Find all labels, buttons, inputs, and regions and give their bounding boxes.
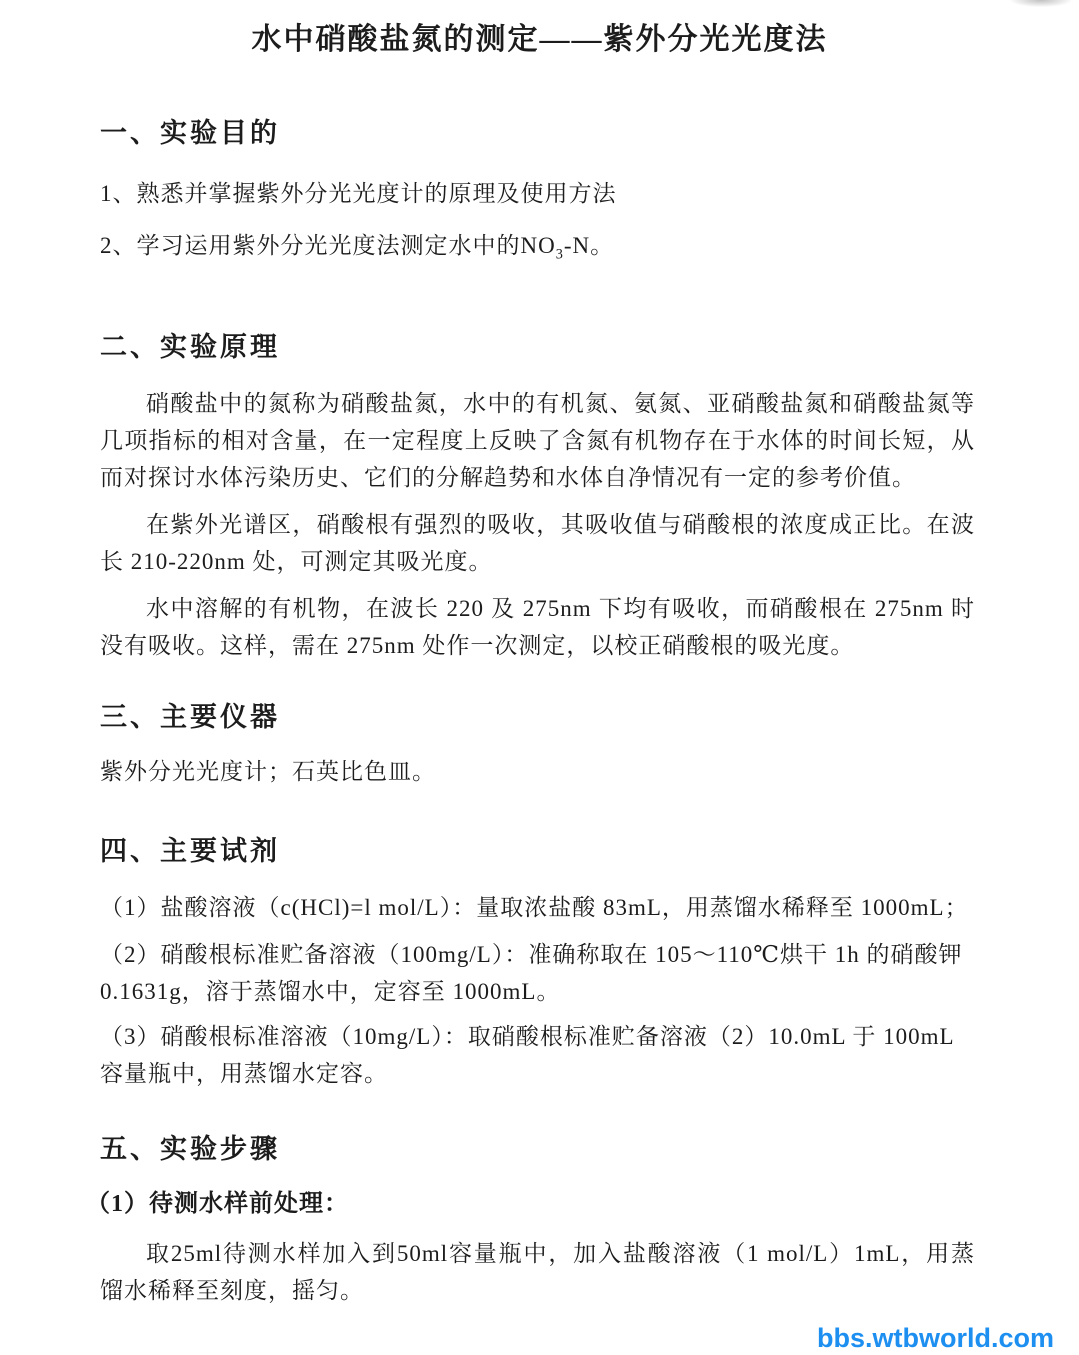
section-procedure: 五、实验步骤 （1）待测水样前处理： 取25ml待测水样加入到50ml容量瓶中，…: [100, 1132, 975, 1309]
principle-paragraph-3: 水中溶解的有机物，在波长 220 及 275nm 下均有吸收，而硝酸根在 275…: [100, 590, 975, 664]
procedure-heading: 五、实验步骤: [100, 1132, 975, 1167]
instruments-body: 紫外分光光度计；石英比色皿。: [100, 753, 975, 790]
objective-item-2-text: 2、学习运用紫外分光光度法测定水中的NO: [100, 233, 556, 258]
principle-paragraph-2: 在紫外光谱区，硝酸根有强烈的吸收，其吸收值与硝酸根的浓度成正比。在波长 210-…: [100, 506, 975, 580]
document-content: 一、实验目的 1、熟悉并掌握紫外分光光度计的原理及使用方法 2、学习运用紫外分光…: [0, 116, 975, 1309]
site-watermark: bbs.wtbworld.com: [817, 1323, 1054, 1354]
objective-item-2: 2、学习运用紫外分光光度法测定水中的NO3-N。: [100, 227, 975, 274]
page-title: 水中硝酸盐氮的测定——紫外分光光度法: [0, 0, 1079, 58]
section-instruments: 三、主要仪器 紫外分光光度计；石英比色皿。: [100, 700, 975, 790]
reagent-item-3: （3）硝酸根标准溶液（10mg/L）：取硝酸根标准贮备溶液（2）10.0mL 于…: [100, 1018, 975, 1092]
section-objectives: 一、实验目的 1、熟悉并掌握紫外分光光度计的原理及使用方法 2、学习运用紫外分光…: [100, 116, 975, 274]
objectives-heading: 一、实验目的: [100, 116, 975, 151]
principle-heading: 二、实验原理: [100, 330, 975, 365]
reagents-heading: 四、主要试剂: [100, 834, 975, 869]
objective-item-1: 1、熟悉并掌握紫外分光光度计的原理及使用方法: [100, 175, 975, 212]
objective-item-2-suffix: -N。: [564, 233, 614, 258]
procedure-step-1-body: 取25ml待测水样加入到50ml容量瓶中，加入盐酸溶液（1 mol/L）1mL，…: [100, 1235, 975, 1309]
instruments-heading: 三、主要仪器: [100, 700, 975, 735]
reagent-item-1: （1）盐酸溶液（c(HCl)=l mol/L）：量取浓盐酸 83mL，用蒸馏水稀…: [100, 889, 975, 926]
reagent-item-2: （2）硝酸根标准贮备溶液（100mg/L）：准确称取在 105～110℃烘干 1…: [100, 936, 975, 1010]
no3-subscript: 3: [556, 247, 564, 263]
section-reagents: 四、主要试剂 （1）盐酸溶液（c(HCl)=l mol/L）：量取浓盐酸 83m…: [100, 834, 975, 1092]
principle-paragraph-1: 硝酸盐中的氮称为硝酸盐氮，水中的有机氮、氨氮、亚硝酸盐氮和硝酸盐氮等几项指标的相…: [100, 385, 975, 496]
procedure-step-1-heading: （1）待测水样前处理：: [86, 1187, 975, 1221]
section-principle: 二、实验原理 硝酸盐中的氮称为硝酸盐氮，水中的有机氮、氨氮、亚硝酸盐氮和硝酸盐氮…: [100, 330, 975, 664]
document-page: 水中硝酸盐氮的测定——紫外分光光度法 一、实验目的 1、熟悉并掌握紫外分光光度计…: [0, 0, 1079, 1355]
